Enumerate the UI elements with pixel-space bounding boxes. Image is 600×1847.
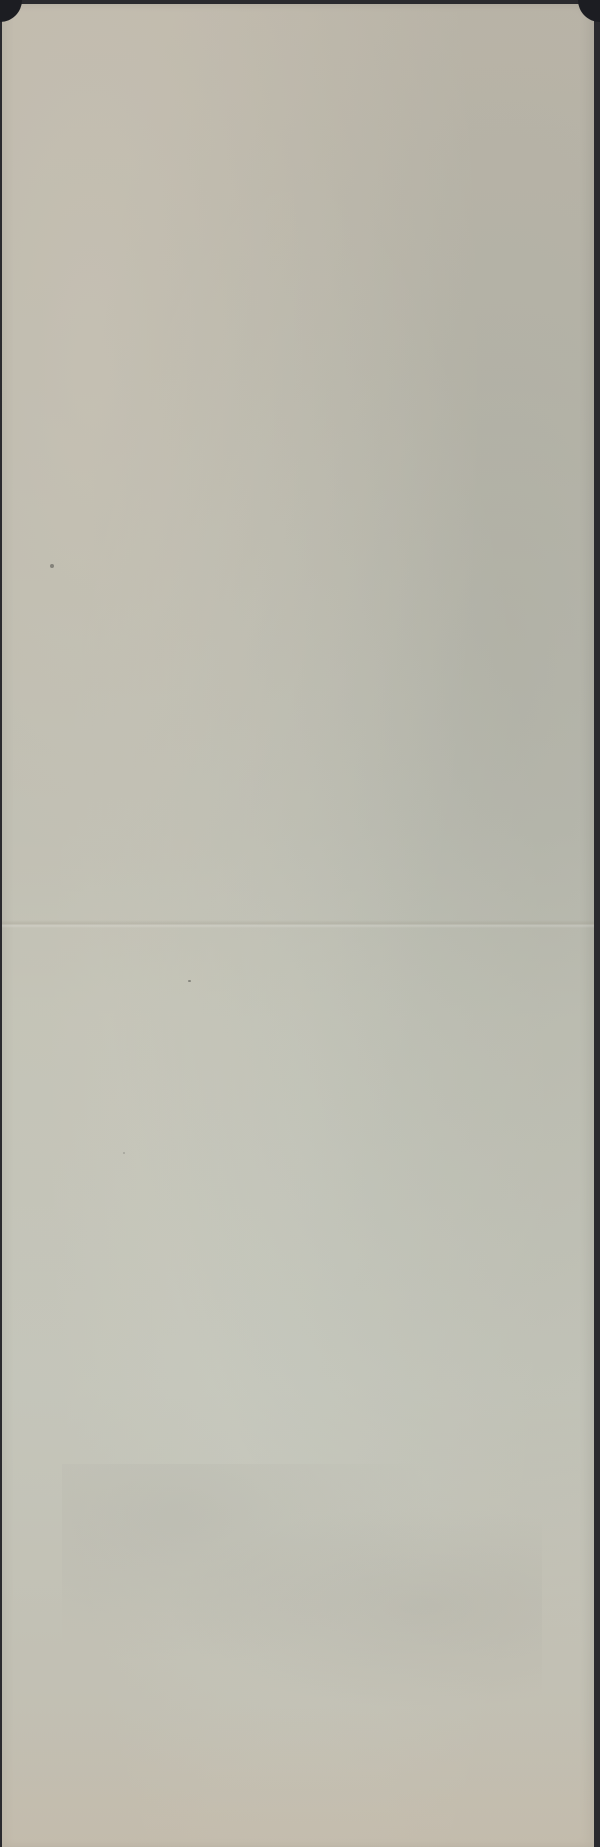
paper-speck — [50, 564, 54, 568]
paper-sheet — [2, 4, 594, 1847]
fold-line — [2, 920, 594, 928]
paper-speck — [123, 1152, 125, 1154]
show-through-marks — [62, 1464, 542, 1724]
paper-speck — [188, 980, 191, 982]
photo — [0, 0, 600, 1847]
bottom-shading — [2, 1707, 594, 1847]
